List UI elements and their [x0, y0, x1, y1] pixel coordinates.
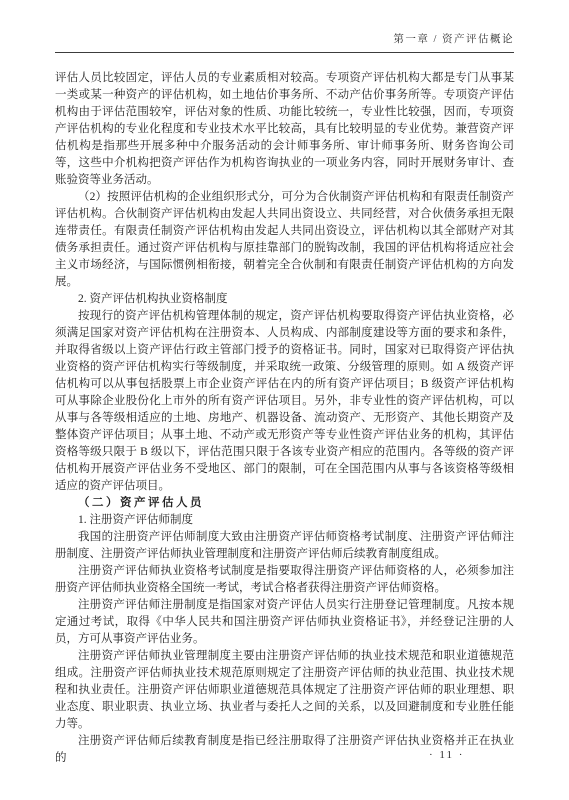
- book-page: 第一章 / 资产评估概论 评估人员比较固定，评估人员的专业素质相对较高。专项资产…: [0, 0, 569, 800]
- running-header: 第一章 / 资产评估概论: [55, 31, 514, 53]
- section-heading-numbered: 2. 资产评估机构执业资格制度: [55, 291, 514, 308]
- body-paragraph: 我国的注册资产评估师制度大致由注册资产评估师资格考试制度、注册资产评估师注册制度…: [55, 529, 514, 563]
- section-heading-numbered: 1. 注册资产评估师制度: [55, 512, 514, 529]
- body-paragraph: （2）按照评估机构的企业组织形式分，可分为合伙制资产评估机构和有限责任制资产评估…: [55, 189, 514, 291]
- body-paragraph: 评估人员比较固定，评估人员的专业素质相对较高。专项资产评估机构大都是专门从事某一…: [55, 70, 514, 189]
- chapter-title: 第一章 / 资产评估概论: [393, 34, 514, 45]
- body-paragraph: 注册资产评估师执业资格考试制度是指要取得注册资产评估师资格的人，必须参加注册资产…: [55, 563, 514, 597]
- body-paragraph: 注册资产评估师注册制度是指国家对资产评估人员实行注册登记管理制度。凡按本规定通过…: [55, 597, 514, 648]
- body-paragraph: 按现行的资产评估机构管理体制的规定，资产评估机构要取得资产评估执业资格，必须满足…: [55, 308, 514, 495]
- page-body-text: 评估人员比较固定，评估人员的专业素质相对较高。专项资产评估机构大都是专门从事某一…: [55, 70, 514, 767]
- section-heading-kai: （二）资产评估人员: [55, 495, 514, 512]
- body-paragraph: 注册资产评估师执业管理制度主要由注册资产评估师的执业技术规范和职业道德规范组成。…: [55, 648, 514, 733]
- page-number: · 11 ·: [429, 749, 464, 761]
